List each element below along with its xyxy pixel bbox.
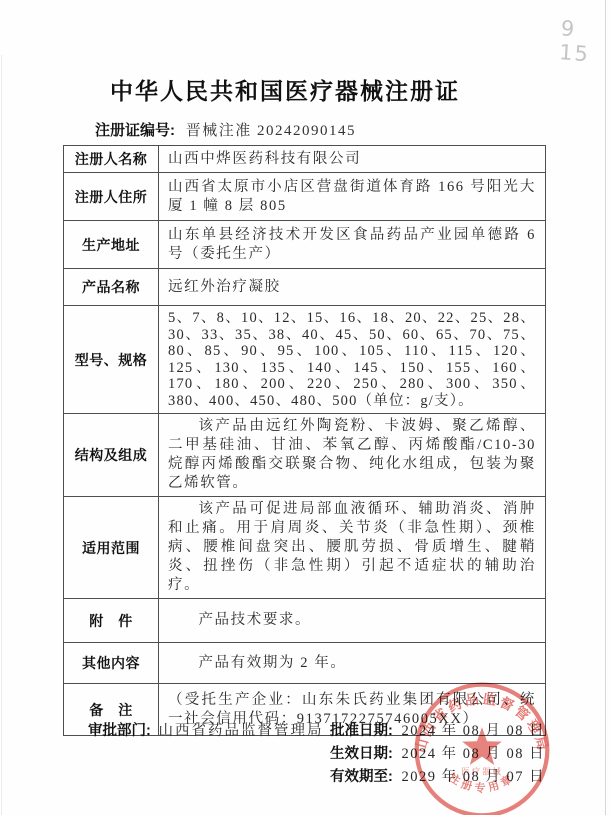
approval-date-line: 批准日期: 2024 年 08 月 08 日 [330, 719, 545, 742]
approval-department-value: 山西省药品监督管理局 [158, 723, 323, 739]
expiry-date-label: 有效期至: [330, 769, 393, 785]
table-row: 注册人名称 山西中烨医药科技有限公司 [64, 146, 546, 173]
table-row: 其他内容 产品有效期为 2 年。 [64, 643, 546, 684]
table-row: 注册人住所 山西省太原市小店区营盘街道体育路 166 号阳光大厦 1 幢 8 层… [64, 173, 546, 221]
scan-left-edge [1, 55, 2, 815]
row-value-other-content: 产品有效期为 2 年。 [159, 643, 546, 684]
scan-right-edge [605, 0, 606, 815]
table-row: 结构及组成 该产品由远红外陶瓷粉、卡波姆、聚乙烯醇、二甲基硅油、甘油、苯氧乙醇、… [64, 414, 546, 497]
table-row: 产品名称 远红外治疗凝胶 [64, 269, 546, 306]
expiry-date-line: 有效期至: 2029 年 08 月 07 日 [330, 765, 545, 788]
approval-date-value: 2024 年 08 月 08 日 [401, 723, 545, 739]
row-label-production-address: 生产地址 [64, 221, 159, 269]
registration-number-value: 晋械注准 20242090145 [186, 123, 356, 139]
row-value-structure-composition: 该产品由远红外陶瓷粉、卡波姆、聚乙烯醇、二甲基硅油、甘油、苯氧乙醇、丙烯酸酯/C… [159, 414, 546, 497]
row-value-production-address: 山东单县经济技术开发区食品药品产业园单德路 6 号（委托生产） [159, 221, 546, 269]
certificate-page: 9 15 中华人民共和国医疗器械注册证 注册证编号: 晋械注准 20242090… [0, 0, 611, 815]
table-row: 适用范围 该产品可促进局部血液循环、辅助消炎、消肿和止痛。用于肩周炎、关节炎（非… [64, 497, 546, 599]
row-value-attachment: 产品技术要求。 [159, 599, 546, 643]
row-value-product-name: 远红外治疗凝胶 [159, 269, 546, 306]
approval-department-line: 审批部门: 山西省药品监督管理局 [88, 719, 323, 740]
row-label-attachment: 附 件 [64, 599, 159, 643]
row-label-model-spec: 型号、规格 [64, 306, 159, 414]
row-value-intended-use: 该产品可促进局部血液循环、辅助消炎、消肿和止痛。用于肩周炎、关节炎（非急性期）、… [159, 497, 546, 599]
row-label-intended-use: 适用范围 [64, 497, 159, 599]
row-label-registrant-address: 注册人住所 [64, 173, 159, 221]
row-label-other-content: 其他内容 [64, 643, 159, 684]
registration-number-line: 注册证编号: 晋械注准 20242090145 [95, 119, 356, 140]
registration-number-label: 注册证编号: [95, 122, 175, 139]
row-value-model-spec: 5、7、8、10、12、15、16、18、20、22、25、28、30、33、3… [159, 306, 546, 414]
row-label-product-name: 产品名称 [64, 269, 159, 306]
row-value-registrant-name: 山西中烨医药科技有限公司 [159, 146, 546, 173]
handwritten-note: 9 15 [558, 16, 611, 67]
row-label-registrant-name: 注册人名称 [64, 146, 159, 173]
row-value-registrant-address: 山西省太原市小店区营盘街道体育路 166 号阳光大厦 1 幢 8 层 805 [159, 173, 546, 221]
effective-date-label: 生效日期: [330, 746, 393, 762]
row-label-structure-composition: 结构及组成 [64, 414, 159, 497]
certificate-table: 注册人名称 山西中烨医药科技有限公司 注册人住所 山西省太原市小店区营盘街道体育… [63, 145, 546, 736]
table-row: 生产地址 山东单县经济技术开发区食品药品产业园单德路 6 号（委托生产） [64, 221, 546, 269]
effective-date-line: 生效日期: 2024 年 08 月 08 日 [330, 742, 545, 765]
approval-date-label: 批准日期: [330, 723, 393, 739]
table-row: 型号、规格 5、7、8、10、12、15、16、18、20、22、25、28、3… [64, 306, 546, 414]
expiry-date-value: 2029 年 08 月 07 日 [401, 769, 545, 785]
date-block: 批准日期: 2024 年 08 月 08 日 生效日期: 2024 年 08 月… [330, 719, 545, 788]
approval-department-label: 审批部门: [88, 723, 151, 739]
effective-date-value: 2024 年 08 月 08 日 [401, 746, 545, 762]
certificate-title: 中华人民共和国医疗器械注册证 [0, 73, 570, 106]
table-row: 附 件 产品技术要求。 [64, 599, 546, 643]
